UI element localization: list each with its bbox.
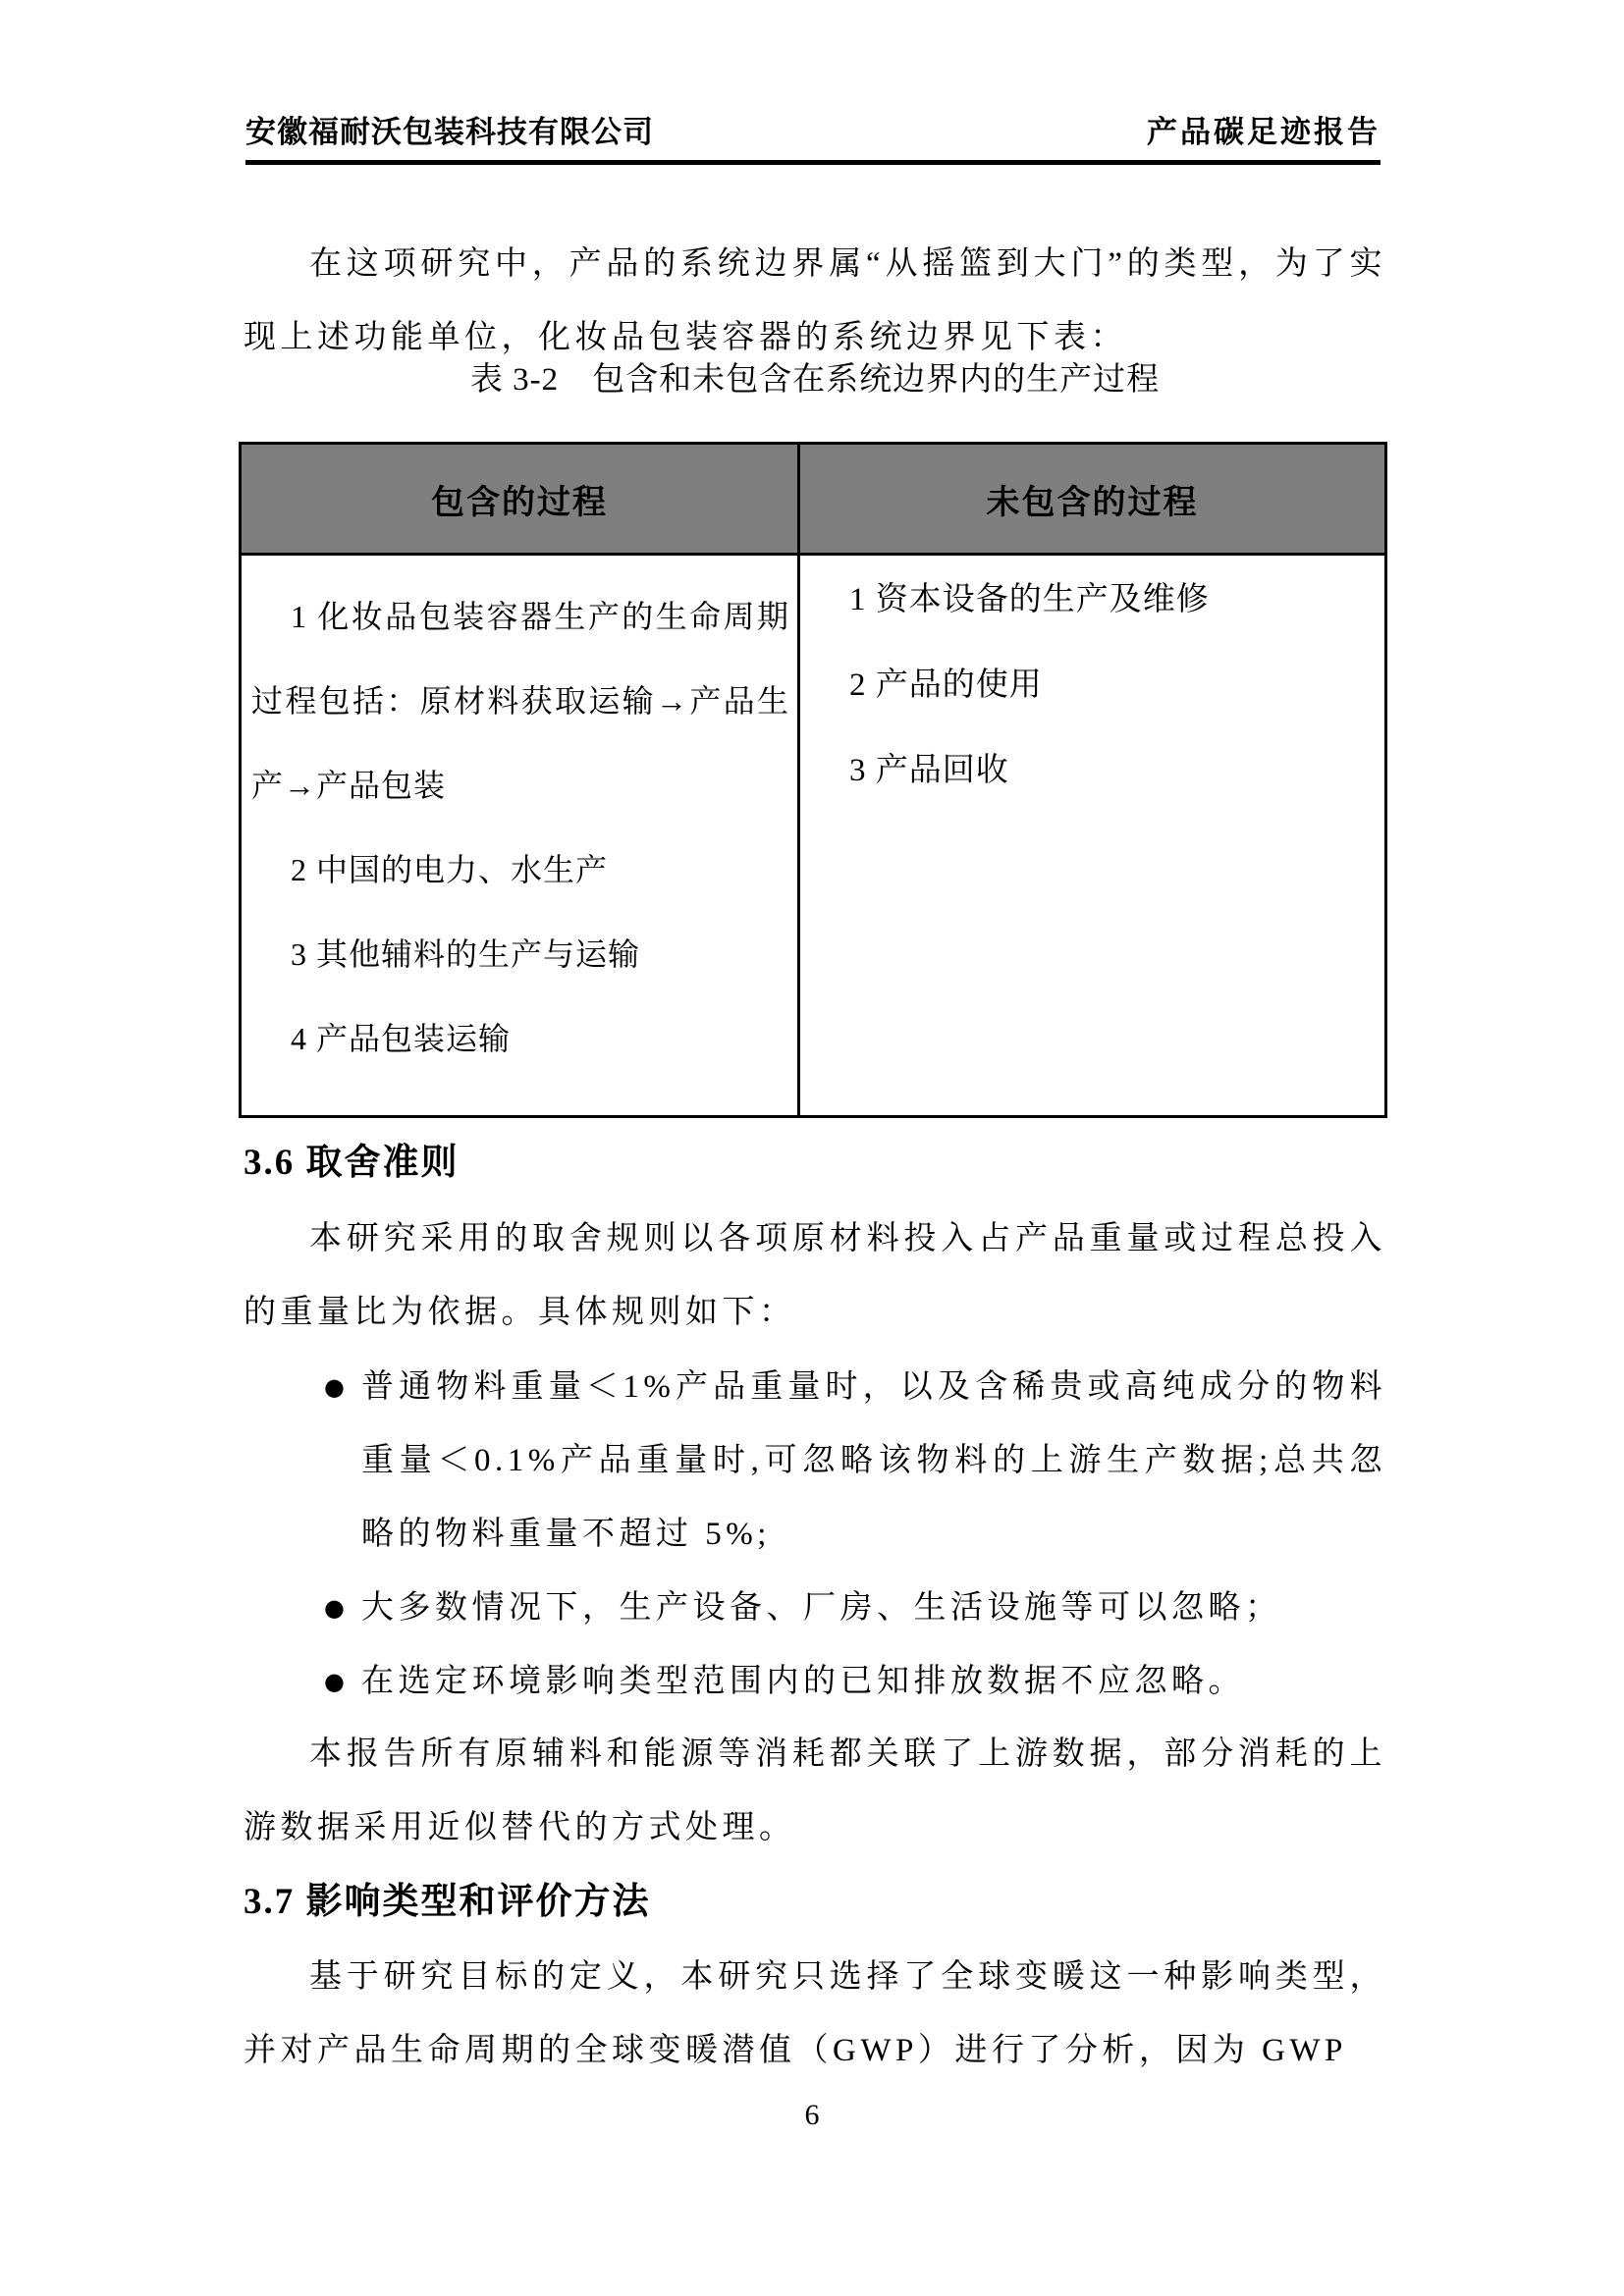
document-page: 安徽福耐沃包装科技有限公司 产品碳足迹报告 在这项研究中，产品的系统边界属“从摇… [0, 0, 1624, 2296]
bullet-icon: ● [324, 1645, 353, 1719]
table-caption: 表 3-2 包含和未包含在系统边界内的生产过程 [244, 355, 1386, 404]
included-processes-cell: 1 化妆品包装容器生产的生命周期过程包括：原材料获取运输→产品生产→产品包装 2… [241, 555, 799, 1117]
criteria-bullet-list: ● 普通物料重量＜1%产品重量时，以及含稀贵或高纯成分的物料重量＜0.1%产品重… [244, 1351, 1386, 1719]
bullet-item: ● 大多数情况下，生产设备、厂房、生活设施等可以忽略； [244, 1572, 1386, 1645]
included-item: 4 产品包装运输 [251, 996, 789, 1081]
bullet-icon: ● [324, 1351, 353, 1424]
bullet-text: 大多数情况下，生产设备、厂房、生活设施等可以忽略； [361, 1590, 1282, 1626]
excluded-item: 1 资本设备的生产及维修 [812, 558, 1375, 643]
section-heading-3-6: 3.6 取舍准则 [244, 1139, 460, 1188]
header-report-title: 产品碳足迹报告 [1147, 111, 1380, 154]
header-company-name: 安徽福耐沃包装科技有限公司 [245, 111, 654, 154]
page-header: 安徽福耐沃包装科技有限公司 产品碳足迹报告 [245, 111, 1380, 165]
excluded-item: 2 产品的使用 [812, 643, 1375, 728]
bullet-item: ● 在选定环境影响类型范围内的已知排放数据不应忽略。 [244, 1645, 1386, 1719]
bullet-item: ● 普通物料重量＜1%产品重量时，以及含稀贵或高纯成分的物料重量＜0.1%产品重… [244, 1351, 1386, 1572]
bullet-text: 普通物料重量＜1%产品重量时，以及含稀贵或高纯成分的物料重量＜0.1%产品重量时… [361, 1369, 1386, 1552]
included-column-header: 包含的过程 [241, 444, 799, 555]
included-item: 3 其他辅料的生产与运输 [251, 912, 789, 996]
table-header-row: 包含的过程 未包含的过程 [241, 444, 1386, 555]
table-body-row: 1 化妆品包装容器生产的生命周期过程包括：原材料获取运输→产品生产→产品包装 2… [241, 555, 1386, 1117]
bullet-text: 在选定环境影响类型范围内的已知排放数据不应忽略。 [361, 1664, 1245, 1699]
criteria-intro-paragraph: 本研究采用的取舍规则以各项原材料投入占产品重量或过程总投入的重量比为依据。具体规… [244, 1202, 1386, 1350]
included-item: 1 化妆品包装容器生产的生命周期过程包括：原材料获取运输→产品生产→产品包装 [251, 574, 789, 828]
included-item: 2 中国的电力、水生产 [251, 828, 789, 912]
system-boundary-table: 包含的过程 未包含的过程 1 化妆品包装容器生产的生命周期过程包括：原材料获取运… [239, 442, 1387, 1118]
page-number: 6 [0, 2093, 1624, 2137]
bullet-icon: ● [324, 1572, 353, 1645]
excluded-processes-cell: 1 资本设备的生产及维修 2 产品的使用 3 产品回收 [799, 555, 1386, 1117]
excluded-column-header: 未包含的过程 [799, 444, 1386, 555]
impact-paragraph: 基于研究目标的定义，本研究只选择了全球变暖这一种影响类型，并对产品生命周期的全球… [244, 1941, 1386, 2088]
criteria-note-paragraph: 本报告所有原辅料和能源等消耗都关联了上游数据，部分消耗的上游数据采用近似替代的方… [244, 1718, 1386, 1865]
intro-paragraph: 在这项研究中，产品的系统边界属“从摇篮到大门”的类型，为了实现上述功能单位，化妆… [244, 228, 1386, 375]
excluded-item: 3 产品回收 [812, 728, 1375, 814]
section-heading-3-7: 3.7 影响类型和评价方法 [244, 1878, 651, 1927]
